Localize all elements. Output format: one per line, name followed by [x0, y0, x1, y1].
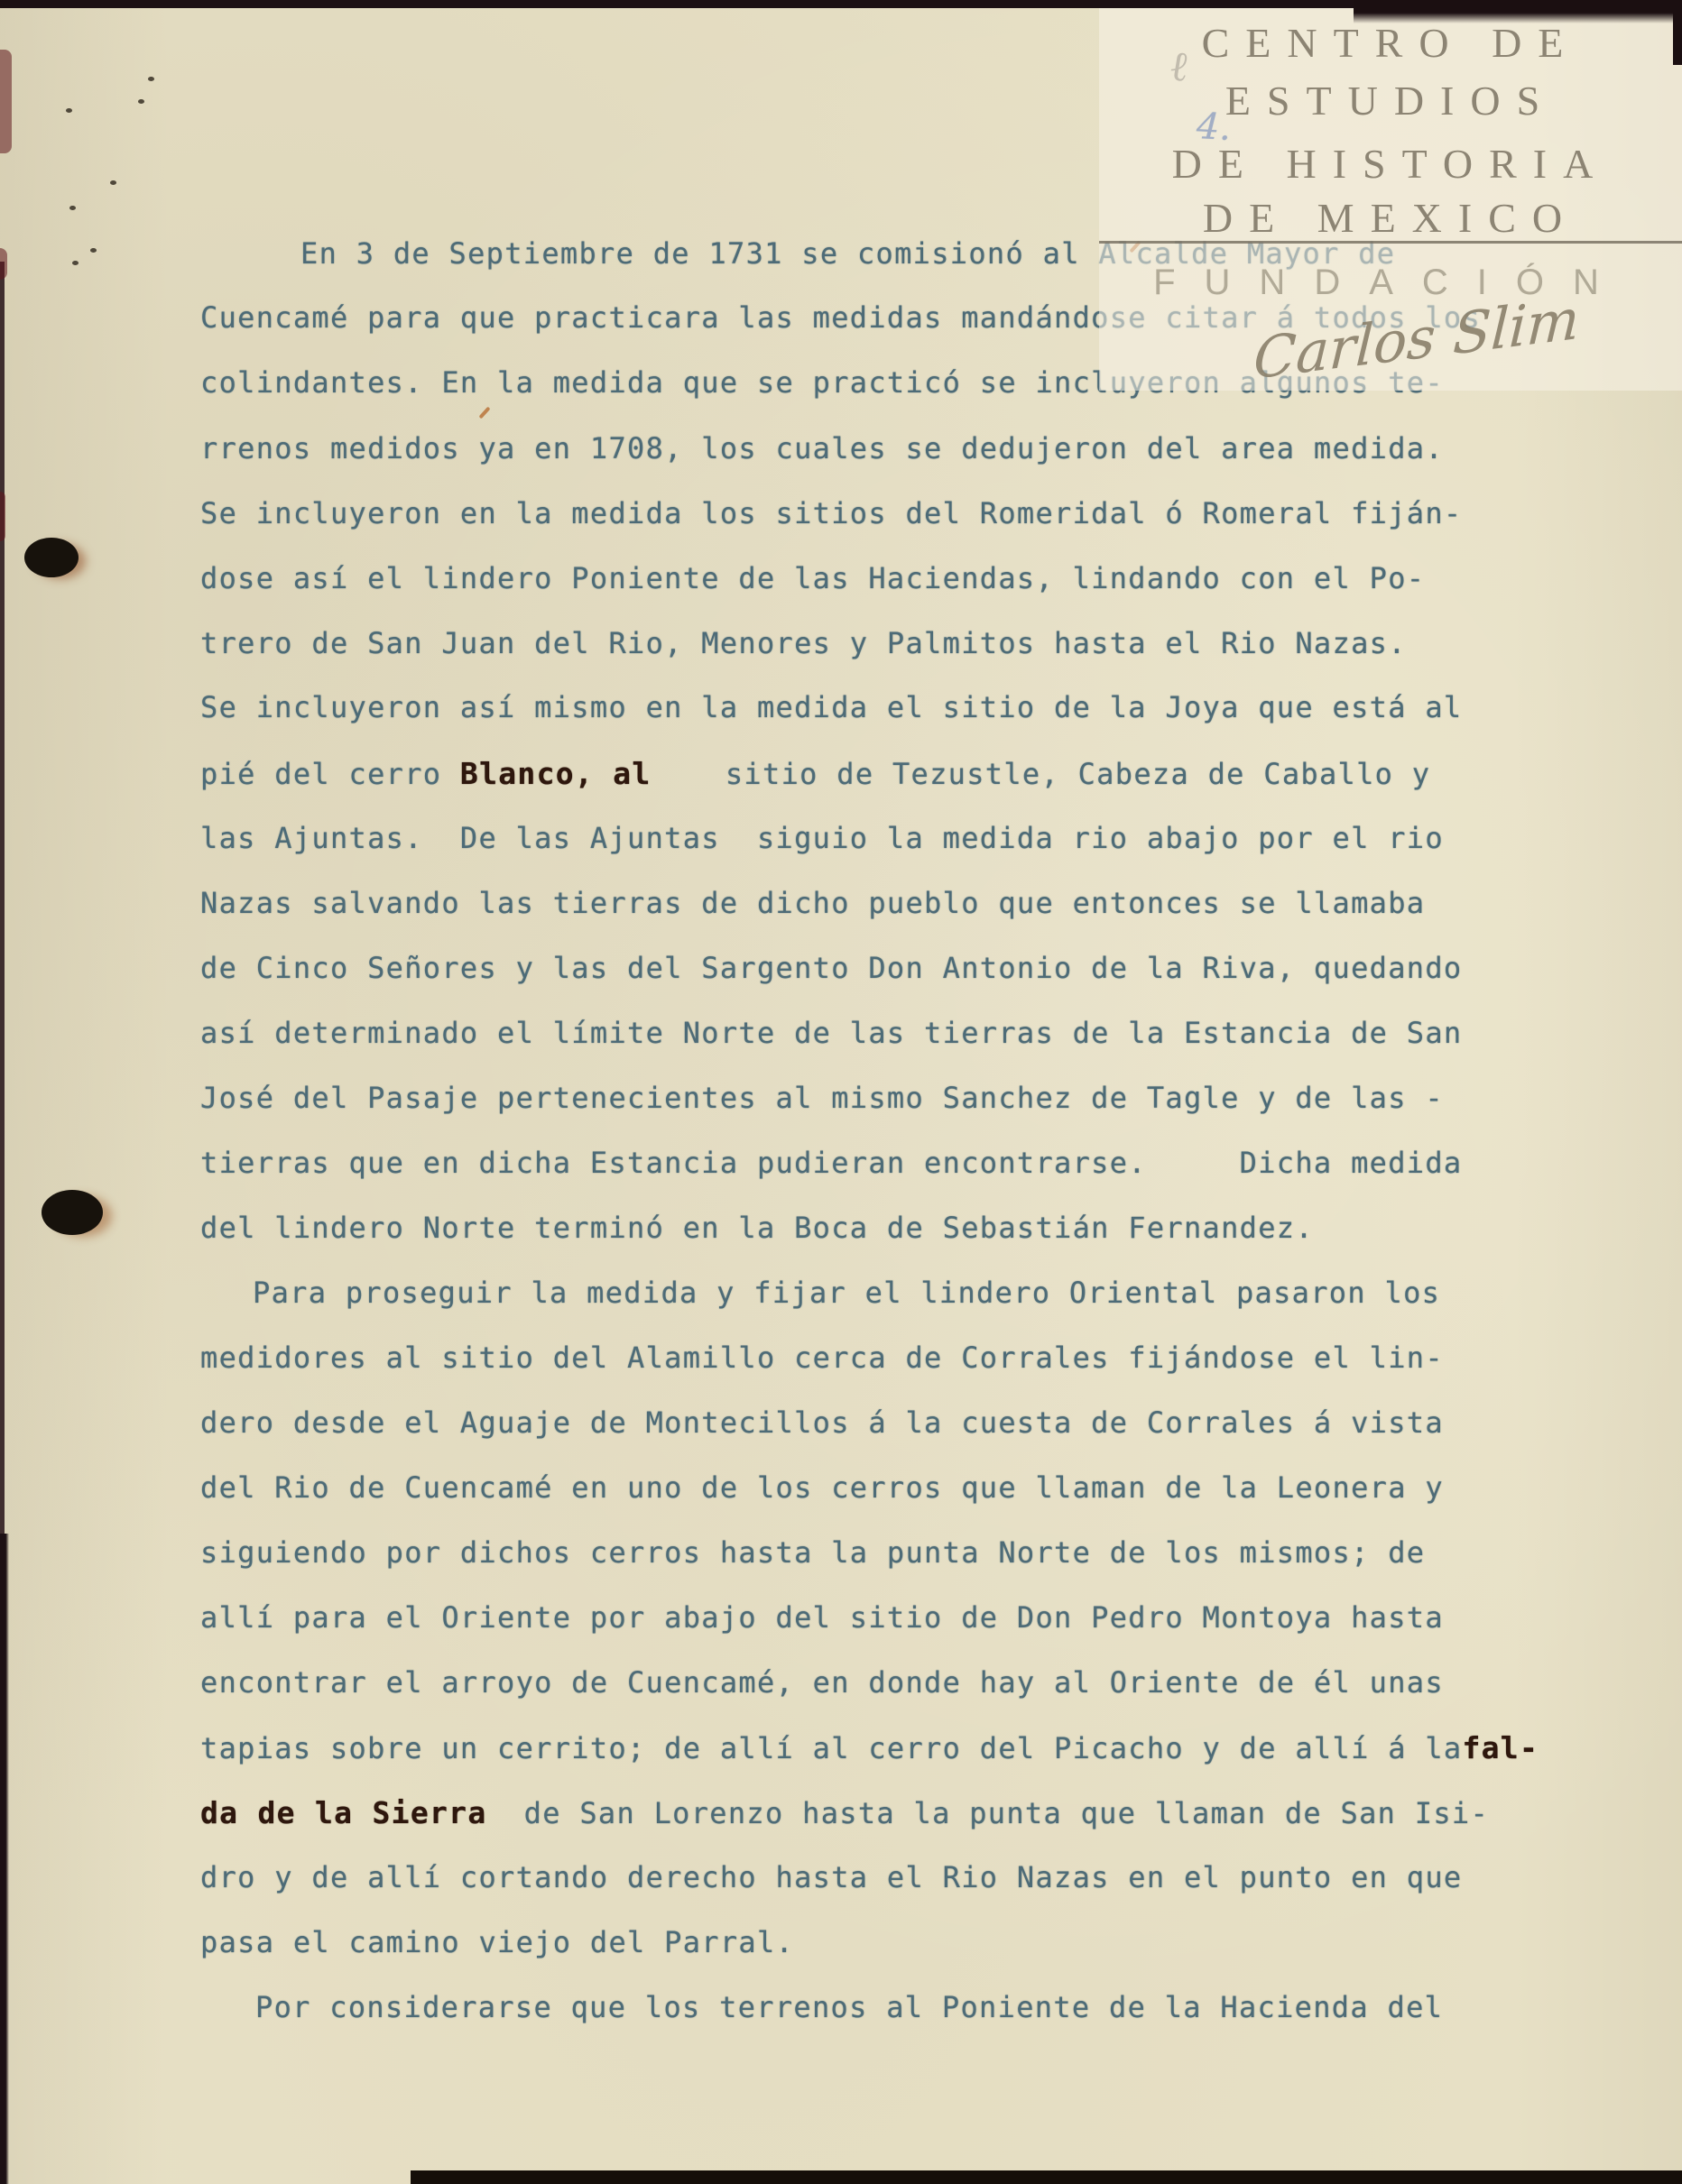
typed-segment-dark: da de la Sierra: [200, 1795, 487, 1830]
scan-edge-stain: [0, 248, 7, 280]
typed-line: Se incluyeron así mismo en la medida el …: [200, 690, 1462, 724]
typed-line: las Ajuntas. De las Ajuntas siguio la me…: [200, 821, 1444, 855]
typed-line: tierras que en dicha Estancia pudieran e…: [200, 1146, 1462, 1180]
typed-segment-blue: Para proseguir la medida y fijar el lind…: [253, 1276, 1440, 1310]
typed-segment-blue: las Ajuntas. De las Ajuntas siguio la me…: [200, 821, 1444, 855]
typed-line: Por considerarse que los terrenos al Pon…: [255, 1990, 1443, 2024]
typed-segment-blue: así determinado el límite Norte de las t…: [200, 1016, 1462, 1050]
typed-line: José del Pasaje pertenecientes al mismo …: [200, 1081, 1444, 1115]
watermark-line: CENTRO DE: [1099, 19, 1682, 67]
typed-segment-blue: encontrar el arroyo de Cuencamé, en dond…: [200, 1665, 1444, 1700]
scan-edge-stain: [0, 492, 5, 541]
typed-line: tapias sobre un cerrito; de allí al cerr…: [200, 1730, 1539, 1765]
typed-segment-blue: pasa el camino viejo del Parral.: [200, 1925, 794, 1959]
typed-segment-blue: siguiendo por dichos cerros hasta la pun…: [200, 1535, 1425, 1570]
typed-line: así determinado el límite Norte de las t…: [200, 1016, 1462, 1050]
typed-segment-blue: del lindero Norte terminó en la Boca de …: [200, 1211, 1314, 1245]
typed-line: dero desde el Aguaje de Montecillos á la…: [200, 1405, 1444, 1440]
typed-segment-blue: pié del cerro: [200, 757, 460, 791]
typed-segment-blue: trero de San Juan del Rio, Menores y Pal…: [200, 626, 1407, 660]
typed-line: de Cinco Señores y las del Sargento Don …: [200, 951, 1462, 985]
scan-edge-right: [1673, 0, 1682, 65]
typed-segment-blue: Nazas salvando las tierras de dicho pueb…: [200, 886, 1425, 920]
punch-hole: [24, 538, 79, 577]
punch-hole: [42, 1190, 103, 1235]
watermark-line: ESTUDIOS: [1099, 77, 1682, 124]
typed-line: del Rio de Cuencamé en uno de los cerros…: [200, 1470, 1444, 1505]
archive-watermark: CENTRO DEESTUDIOSDE HISTORIADE MEXICO FU…: [1099, 8, 1682, 391]
typed-line: del lindero Norte terminó en la Boca de …: [200, 1211, 1314, 1245]
scan-edge-stain: [0, 50, 12, 153]
typed-segment-blue: dose así el lindero Poniente de las Haci…: [200, 561, 1425, 595]
watermark-divider: [1099, 241, 1682, 244]
typed-segment-blue: del Rio de Cuencamé en uno de los cerros…: [200, 1470, 1444, 1505]
typed-segment-blue: sitio de Tezustle, Cabeza de Caballo y: [652, 757, 1431, 791]
watermark-foundation-label: FUNDACIÓN: [1099, 263, 1682, 303]
typed-segment-blue: allí para el Oriente por abajo del sitio…: [200, 1600, 1444, 1635]
typed-segment-blue: tapias sobre un cerrito; de allí al cerr…: [200, 1731, 1462, 1765]
typed-line: allí para el Oriente por abajo del sitio…: [200, 1600, 1444, 1635]
typed-segment-blue: de San Lorenzo hasta la punta que llaman…: [487, 1796, 1490, 1830]
typed-line: trero de San Juan del Rio, Menores y Pal…: [200, 626, 1407, 660]
typed-segment-blue: dro y de allí cortando derecho hasta el …: [200, 1860, 1462, 1894]
typed-segment-blue: Se incluyeron así mismo en la medida el …: [200, 690, 1462, 724]
typed-line: pasa el camino viejo del Parral.: [200, 1925, 794, 1959]
typed-line: Para proseguir la medida y fijar el lind…: [253, 1276, 1440, 1310]
typed-line: dose así el lindero Poniente de las Haci…: [200, 561, 1425, 595]
typed-line: da de la Sierra de San Lorenzo hasta la …: [200, 1795, 1489, 1830]
typed-line: pié del cerro Blanco, al sitio de Tezust…: [200, 756, 1430, 791]
typed-line: Se incluyeron en la medida los sitios de…: [200, 496, 1462, 530]
watermark-line: DE MEXICO: [1099, 194, 1682, 242]
scan-edge-left: [0, 1534, 9, 2184]
watermark-line: DE HISTORIA: [1099, 140, 1682, 188]
typed-line: encontrar el arroyo de Cuencamé, en dond…: [200, 1665, 1444, 1700]
typed-segment-dark: fal-: [1462, 1730, 1539, 1765]
typed-segment-blue: rrenos medidos ya en 1708, los cuales se…: [200, 431, 1444, 465]
typed-line: rrenos medidos ya en 1708, los cuales se…: [200, 431, 1444, 465]
scanned-document-page: En 3 de Septiembre de 1731 se comisionó …: [0, 0, 1682, 2184]
typed-segment-dark: Blanco, al: [460, 756, 652, 791]
typed-segment-blue: José del Pasaje pertenecientes al mismo …: [200, 1081, 1444, 1115]
scan-edge-left: [0, 262, 5, 1543]
scan-edge-top-right: [1354, 0, 1682, 23]
typed-segment-blue: medidores al sitio del Alamillo cerca de…: [200, 1341, 1444, 1375]
typed-line: medidores al sitio del Alamillo cerca de…: [200, 1341, 1444, 1375]
typed-segment-blue: Se incluyeron en la medida los sitios de…: [200, 496, 1462, 530]
typed-segment-blue: Por considerarse que los terrenos al Pon…: [255, 1990, 1443, 2024]
typed-line: dro y de allí cortando derecho hasta el …: [200, 1860, 1462, 1894]
typed-segment-blue: dero desde el Aguaje de Montecillos á la…: [200, 1405, 1444, 1440]
scan-edge-bottom: [411, 2170, 1682, 2184]
typed-segment-blue: tierras que en dicha Estancia pudieran e…: [200, 1146, 1462, 1180]
typed-line: siguiendo por dichos cerros hasta la pun…: [200, 1535, 1425, 1570]
typed-line: Nazas salvando las tierras de dicho pueb…: [200, 886, 1425, 920]
typed-segment-blue: de Cinco Señores y las del Sargento Don …: [200, 951, 1462, 985]
